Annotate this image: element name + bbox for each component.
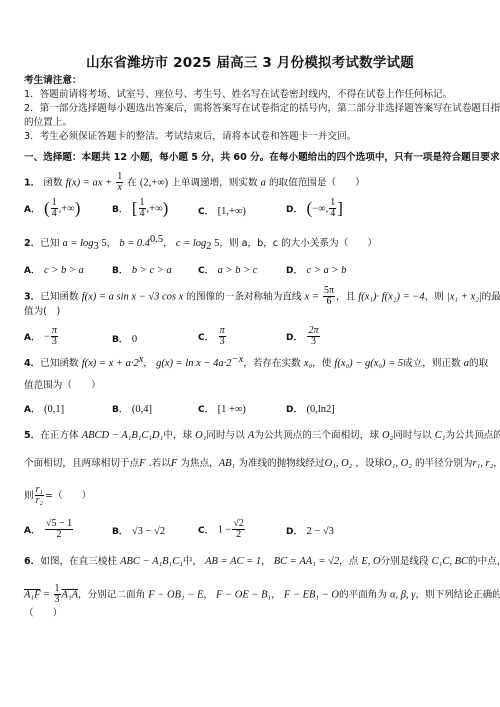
- option-b[interactable]: B．√3 − √2: [112, 524, 165, 537]
- notice-item-2: 2．第一部分选择题每小题选出答案后，需将答案写在试卷指定的括号内，第二部分非选择…: [24, 103, 480, 115]
- notice-item-2-cont: 的位置上。: [24, 117, 480, 129]
- option-a[interactable]: A．c > b > a: [24, 263, 84, 276]
- option-d[interactable]: D．(−∞,14]: [286, 198, 343, 219]
- question-2-stem: 2．已知 a = log3 5， b = 0.40.5， c = log2 5，…: [24, 238, 480, 250]
- question-number: 1．: [24, 178, 40, 189]
- fraction: 1x: [116, 172, 123, 193]
- question-5-stem: 5．在正方体 ABCD − A₁B₁C₁D₁中，球 O₁同时与以 A为公共顶点的…: [24, 430, 480, 442]
- exam-title: 山东省潍坊市 2025 届高三 3 月份模拟考试数学试题: [0, 51, 500, 71]
- formula: f(x) = ax +: [66, 178, 113, 189]
- option-c[interactable]: C．1 −√22: [198, 519, 246, 540]
- option-d[interactable]: D．2 − √3: [286, 524, 334, 537]
- question-3-stem: 3．已知函数 f(x) = a sin x − √3 cos x 的图像的一条对…: [24, 286, 480, 307]
- option-b[interactable]: B．b > c > a: [112, 263, 172, 276]
- notice-item-1: 1．答题前请将考场、试室号、座位号、考生号、姓名写在试卷密封线内，不得在试卷上作…: [24, 89, 480, 101]
- option-b[interactable]: B．(0,4]: [112, 402, 152, 415]
- question-3-stem-cont: 值为( ): [24, 306, 480, 318]
- question-1-stem: 1． 函数 f(x) = ax + 1x 在 (2,+∞) 上单调递增，则实数 …: [24, 172, 480, 193]
- option-d[interactable]: D．(0,ln2]: [286, 402, 335, 415]
- option-c[interactable]: C．[1,+∞): [198, 204, 246, 217]
- question-5-stem-ratio: 则r₁r₂=（ ）: [24, 485, 480, 506]
- option-a[interactable]: A．(14,+∞): [24, 198, 80, 219]
- question-5-stem-cont: 个面相切，且两球相切于点F .若以F 为焦点，AB₁ 为准线的抛物线经过O₁, …: [24, 458, 480, 470]
- option-a[interactable]: A．−π3: [24, 326, 59, 347]
- notice-item-3: 3．考生必须保证答题卡的整洁。考试结束后，请将本试卷和答题卡一并交回。: [24, 131, 480, 143]
- option-b[interactable]: B．[14,+∞): [112, 198, 168, 219]
- option-a[interactable]: A．(0,1]: [24, 402, 64, 415]
- question-4-stem-cont: 值范围为（ ）: [24, 380, 480, 392]
- option-c[interactable]: C．π3: [198, 326, 227, 347]
- notice-heading: 考生请注意：: [24, 75, 480, 87]
- option-a[interactable]: A．√5 − 12: [24, 519, 74, 540]
- option-b[interactable]: B．0: [112, 332, 137, 345]
- section-heading: 一、选择题：本题共 12 小题，每小题 5 分，共 60 分。在每小题给出的四个…: [24, 152, 480, 164]
- option-d[interactable]: D．c > a > b: [286, 263, 346, 276]
- question-6-answer-paren: （ ）: [24, 608, 480, 620]
- question-6-stem: 6．如图，在直三棱柱 ABC − A₁B₁C₁中， AB = AC = 1， B…: [24, 556, 480, 568]
- option-c[interactable]: C．[1 +∞): [198, 402, 246, 415]
- question-6-stem-cont: A₁F = 13A₁A，分别记二面角 F − OB₁ − E， F − OE −…: [24, 584, 480, 605]
- option-c[interactable]: C．a > b > c: [198, 263, 257, 276]
- option-d[interactable]: D．2π3: [286, 326, 321, 347]
- exam-page: 山东省潍坊市 2025 届高三 3 月份模拟考试数学试题 考生请注意： 1．答题…: [0, 0, 500, 707]
- question-4-stem: 4．已知函数 f(x) = x + a·2x， g(x) = ln x − 4a…: [24, 358, 480, 370]
